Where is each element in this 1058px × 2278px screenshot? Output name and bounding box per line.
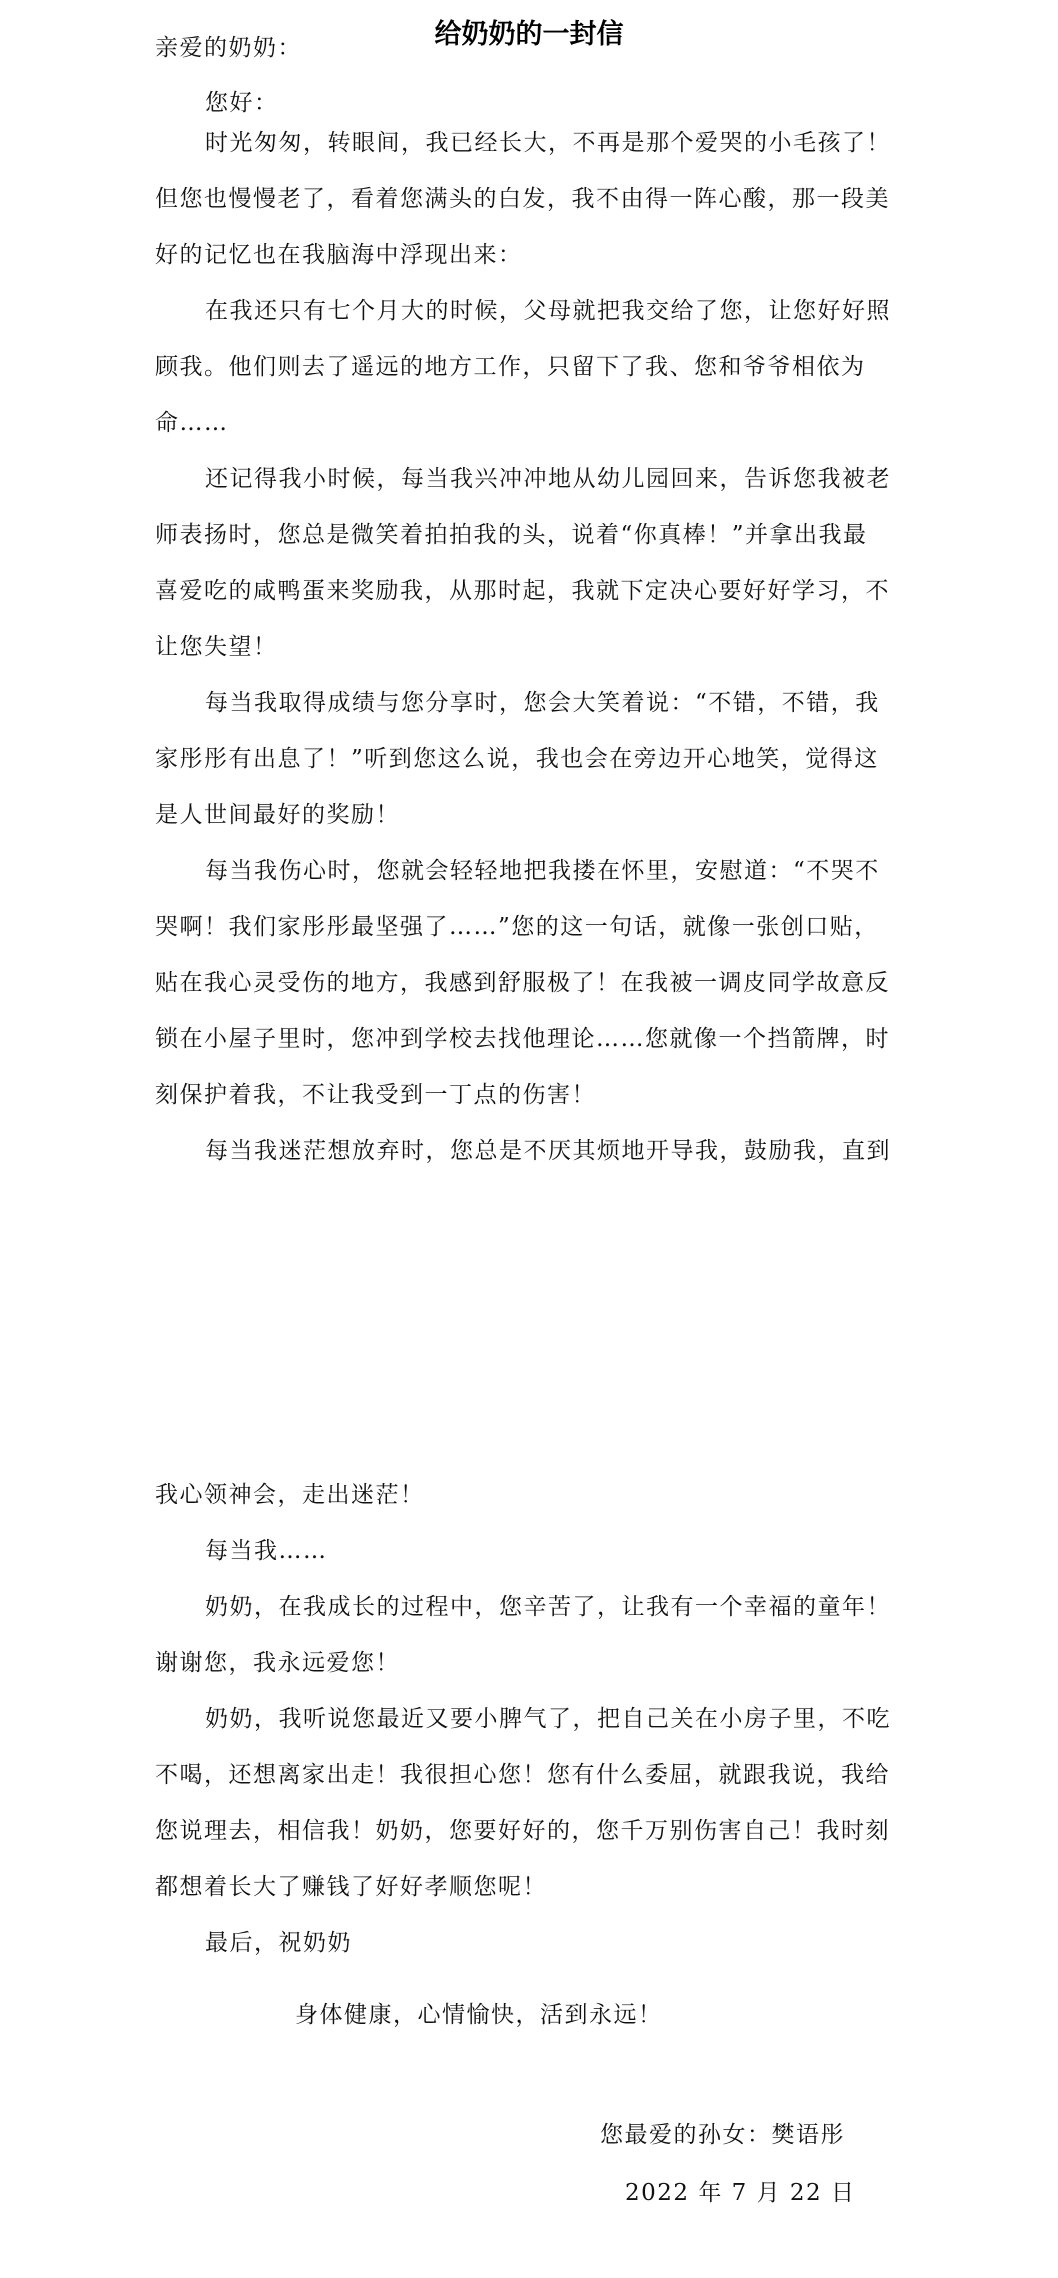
letter-line: 贴在我心灵受伤的地方，我感到舒服极了！在我被一调皮同学故意反	[155, 968, 915, 998]
letter-line: 在我还只有七个月大的时候，父母就把我交给了您，让您好好照	[205, 296, 965, 326]
letter-page: 给奶奶的一封信 亲爱的奶奶： 您好： 时光匆匆，转眼间，我已经长大，不再是那个爱…	[0, 0, 1058, 2278]
letter-line: 但您也慢慢老了，看着您满头的白发，我不由得一阵心酸，那一段美	[155, 184, 915, 214]
closing-wish: 身体健康，心情愉快，活到永远！	[295, 2000, 1055, 2030]
letter-line: 您说理去，相信我！奶奶，您要好好的，您千万别伤害自己！我时刻	[155, 1816, 915, 1846]
letter-date: 2022 年 7 月 22 日	[625, 2178, 1058, 2208]
letter-line: 每当我取得成绩与您分享时，您会大笑着说：“不错，不错，我	[205, 688, 965, 718]
letter-line: 让您失望！	[155, 632, 915, 662]
letter-line: 喜爱吃的咸鸭蛋来奖励我，从那时起，我就下定决心要好好学习，不	[155, 576, 915, 606]
letter-line: 最后，祝奶奶	[205, 1928, 965, 1958]
salutation: 亲爱的奶奶：	[155, 33, 915, 63]
greeting: 您好：	[205, 88, 965, 118]
letter-line: 锁在小屋子里时，您冲到学校去找他理论……您就像一个挡箭牌，时	[155, 1024, 915, 1054]
letter-line: 不喝，还想离家出走！我很担心您！您有什么委屈，就跟我说，我给	[155, 1760, 915, 1790]
letter-line: 每当我伤心时，您就会轻轻地把我搂在怀里，安慰道：“不哭不	[205, 856, 965, 886]
letter-line: 时光匆匆，转眼间，我已经长大，不再是那个爱哭的小毛孩了！	[205, 128, 965, 158]
letter-line: 刻保护着我，不让我受到一丁点的伤害！	[155, 1080, 915, 1110]
letter-line: 每当我……	[205, 1536, 965, 1566]
letter-line: 谢谢您，我永远爱您！	[155, 1648, 915, 1678]
letter-line: 还记得我小时候，每当我兴冲冲地从幼儿园回来，告诉您我被老	[205, 464, 965, 494]
letter-line: 命……	[155, 408, 915, 438]
letter-line: 师表扬时，您总是微笑着拍拍我的头，说着“你真棒！”并拿出我最	[155, 520, 915, 550]
letter-line: 每当我迷茫想放弃时，您总是不厌其烦地开导我，鼓励我，直到	[205, 1136, 965, 1166]
letter-line: 顾我。他们则去了遥远的地方工作，只留下了我、您和爷爷相依为	[155, 352, 915, 382]
letter-line: 家彤彤有出息了！”听到您这么说，我也会在旁边开心地笑，觉得这	[155, 744, 915, 774]
signature: 您最爱的孙女：樊语彤	[600, 2120, 1058, 2150]
letter-line: 奶奶，我听说您最近又要小脾气了，把自己关在小房子里，不吃	[205, 1704, 965, 1734]
letter-line: 哭啊！我们家彤彤最坚强了……”您的这一句话，就像一张创口贴，	[155, 912, 915, 942]
letter-line: 都想着长大了赚钱了好好孝顺您呢！	[155, 1872, 915, 1902]
letter-line: 是人世间最好的奖励！	[155, 800, 915, 830]
letter-line: 我心领神会，走出迷茫！	[155, 1480, 915, 1510]
letter-line: 奶奶，在我成长的过程中，您辛苦了，让我有一个幸福的童年！	[205, 1592, 965, 1622]
letter-line: 好的记忆也在我脑海中浮现出来：	[155, 240, 915, 270]
